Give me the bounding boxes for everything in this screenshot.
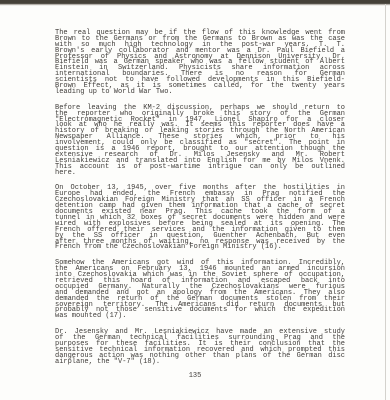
- text-line: This account is of post-wartime intrigue…: [55, 165, 345, 171]
- scan-right-edge-line: [385, 4, 386, 400]
- text-line: airplane, the "V-7" (18).: [55, 360, 345, 366]
- text-line: French from the Czechoslovakian Foreign …: [55, 245, 345, 251]
- paragraph: Somehow the Americans got wind of this i…: [55, 261, 345, 320]
- page-number: 135: [55, 373, 335, 380]
- scan-top-edge: [0, 0, 390, 6]
- paragraph: Before leaving the KM-2 discussion, perh…: [55, 106, 345, 177]
- paragraph: On October 13, 1945, over five months af…: [55, 186, 345, 251]
- text-line: leading up to World War Two.: [55, 90, 345, 96]
- page-text: The real question may be if the flow of …: [55, 31, 345, 376]
- paragraph: The real question may be if the flow of …: [55, 31, 345, 96]
- text-line: was mounted (17).: [55, 314, 345, 320]
- text-line: here.: [55, 171, 345, 177]
- paragraph: Dr. Jesensky and Mr. Lesniakiewicz have …: [55, 330, 345, 365]
